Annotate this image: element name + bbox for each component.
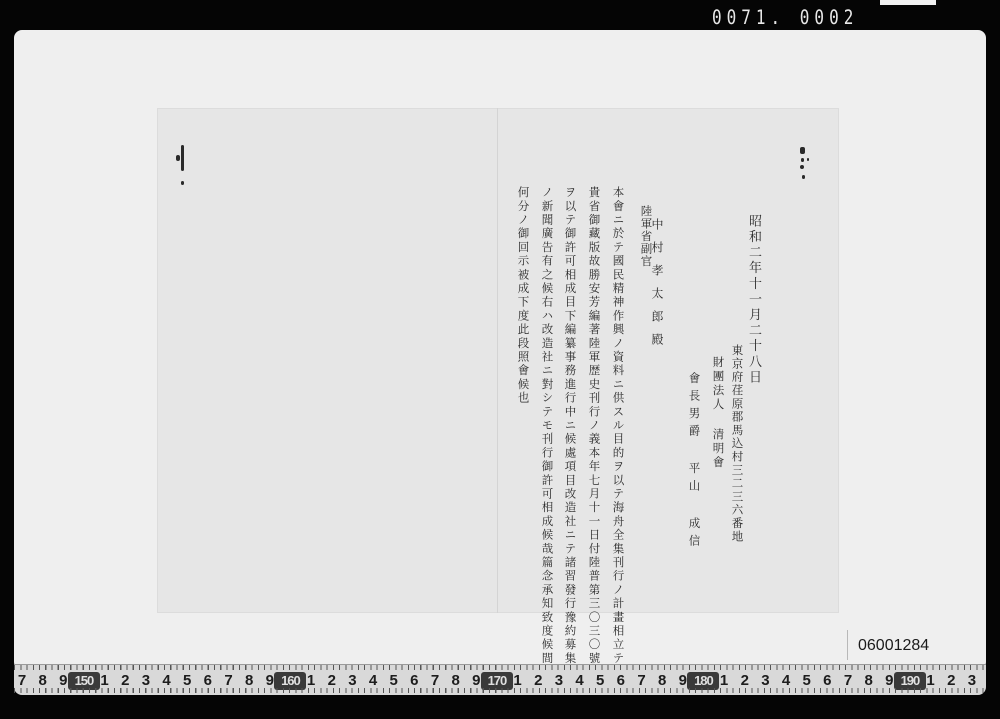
binding-hole-mark-icon — [176, 143, 188, 195]
body-line: ヲ以テ御許可相成目下編纂事務進行中ニ候處項目改造社ニテ諸習發行豫約募集 — [564, 186, 576, 666]
film-edge-tab — [880, 0, 936, 5]
sender-address: 東京府荏原郡馬込村三二三六番地 — [731, 344, 743, 544]
sender-president: 會長男爵 平山 成信 — [688, 372, 700, 552]
reference-number: 06001284 — [858, 637, 929, 655]
ruler-ticks-top — [14, 665, 986, 670]
body-line: 何分ノ御回示被成下度此段照會候也 — [517, 186, 529, 405]
body-line: ノ新聞廣告有之候右ハ改造社ニ對シテモ刊行御許可相成候哉篇念承知致度候間 — [541, 186, 553, 666]
body-line: 貴省御藏版故勝安芳編著陸軍歴史刊行ノ義本年七月十一日付陸普第三〇三〇號 — [588, 186, 600, 666]
frame-id: 0071. 0002 — [712, 6, 858, 29]
recipient-name: 中村孝太郎殿 — [651, 218, 663, 356]
ref-divider — [847, 630, 848, 660]
body-line: 本會ニ於テ國民精神作興ノ資料ニ供スル目的ヲ以テ海舟全集刊行ノ計畫相立テ — [612, 186, 624, 666]
binding-hole-mark-icon — [797, 145, 809, 197]
fold-line — [497, 108, 498, 613]
ruler-ticks-bottom — [14, 688, 986, 693]
measurement-ruler: 7891501234567891601234567891701234567891… — [14, 664, 986, 695]
document-date: 昭和二年十一月二十八日 — [747, 214, 760, 386]
sender-organization: 財團法人 清明會 — [712, 356, 724, 470]
